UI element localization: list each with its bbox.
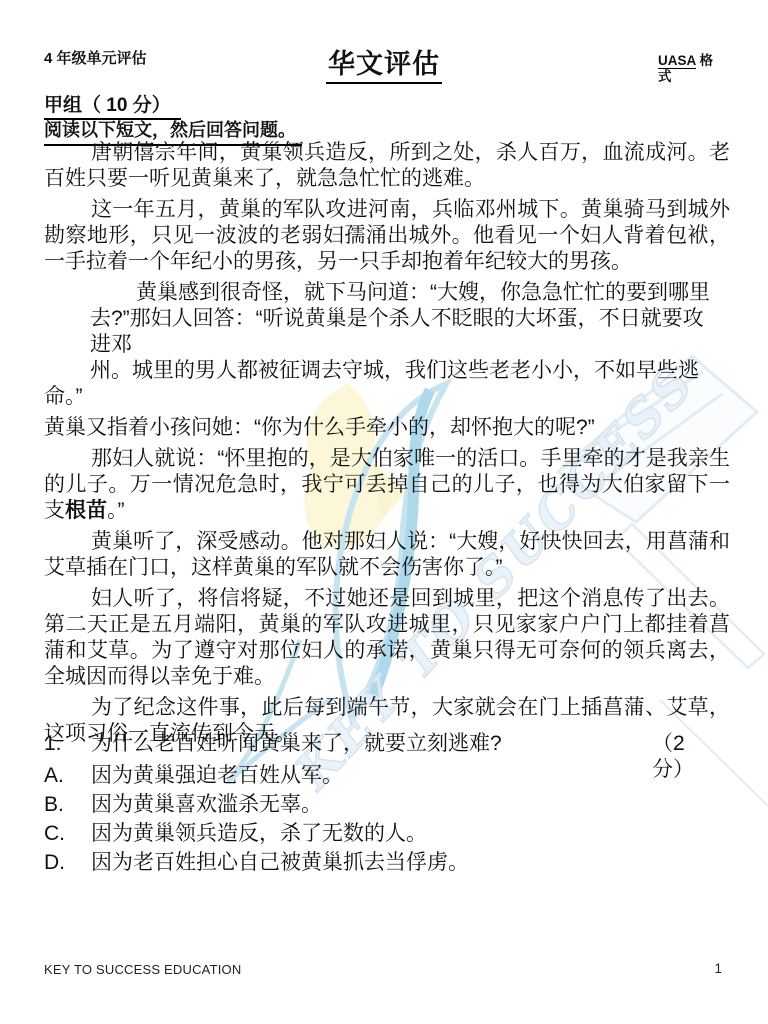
- format-label: UASA 格式: [658, 53, 722, 85]
- passage-paragraph-6: 黄巢听了，深受感动。他对那妇人说：“大嫂，好快快回去，用菖蒲和艾草插在门口，这样…: [44, 529, 730, 581]
- footer-organization: KEY TO SUCCESS EDUCATION: [44, 962, 241, 977]
- reading-passage: 唐朝僖宗年间，黄巢领兵造反，所到之处，杀人百万，血流成河。老百姓只要一听见黄巢来…: [44, 140, 730, 752]
- option-d: D. 因为老百姓担心自己被黄巢抓去当俘虏。: [44, 848, 730, 877]
- options-list: A. 因为黄巢强迫老百姓从军。 B. 因为黄巢喜欢滥杀无辜。 C. 因为黄巢领兵…: [44, 761, 730, 877]
- question-text: 为什么老百姓听闻黄巢来了，就要立刻逃难?: [91, 732, 502, 755]
- option-a: A. 因为黄巢强迫老百姓从军。: [44, 761, 730, 790]
- page-title-wrap: 华文评估: [0, 42, 768, 84]
- bold-term: 根苗: [65, 499, 107, 522]
- passage-paragraph-5: 那妇人就说：“怀里抱的，是大伯家唯一的活口。手里牵的才是我亲生的儿子。万一情况危…: [44, 446, 730, 524]
- question-number: 1.: [44, 731, 62, 757]
- format-tag: UASA: [658, 53, 696, 69]
- passage-paragraph-7: 妇人听了，将信将疑，不过她还是回到城里，把这个消息传了出去。第二天正是五月端阳，…: [44, 586, 730, 690]
- page-number: 1: [714, 961, 722, 976]
- page-title: 华文评估: [326, 42, 442, 84]
- passage-paragraph-4: 黄巢又指着小孩问她：“你为什么手牵小的，却怀抱大的呢?”: [44, 415, 730, 441]
- question-1: 1. 为什么老百姓听闻黄巢来了，就要立刻逃难? （2 分） A. 因为黄巢强迫老…: [44, 731, 730, 877]
- passage-paragraph-2: 这一年五月，黄巢的军队攻进河南，兵临邓州城下。黄巢骑马到城外勘察地形，只见一波波…: [44, 197, 730, 275]
- option-b: B. 因为黄巢喜欢滥杀无辜。: [44, 790, 730, 819]
- passage-paragraph-1: 唐朝僖宗年间，黄巢领兵造反，所到之处，杀人百万，血流成河。老百姓只要一听见黄巢来…: [44, 140, 730, 192]
- question-1-line: 1. 为什么老百姓听闻黄巢来了，就要立刻逃难? （2 分）: [44, 731, 730, 757]
- option-c: C. 因为黄巢领兵造反，杀了无数的人。: [44, 819, 730, 848]
- exam-page: { "header": { "left_label": "4 年级单元评估", …: [0, 0, 768, 1024]
- passage-paragraph-3: 黄巢感到很奇怪，就下马问道：“大嫂，你急急忙忙的要到哪里 去?”那妇人回答：“听…: [44, 280, 730, 410]
